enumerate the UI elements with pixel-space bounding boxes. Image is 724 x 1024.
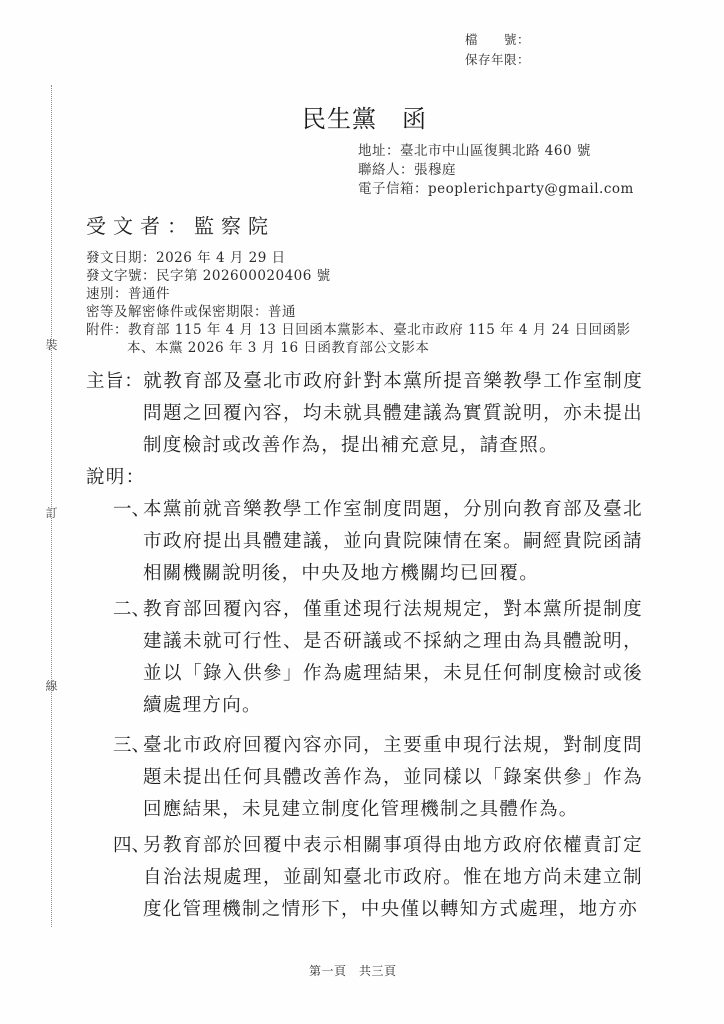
explanation-item-4: 四、 另教育部於回覆中表示相關事項得由地方政府依權責訂定自治法規處理，並副知臺北…	[86, 830, 643, 926]
meta-security-class: 密等及解密條件或保密期限：普通	[86, 303, 638, 321]
file-number-block: 檔 號： 保存年限：	[465, 30, 530, 70]
explanation-item-1: 一、 本黨前就音樂教學工作室制度問題，分別向教育部及臺北市政府提出具體建議，並向…	[86, 494, 643, 590]
item-number: 三、	[113, 730, 150, 762]
attachment-label: 附件：	[86, 322, 128, 338]
subject-text: 就教育部及臺北市政府針對本黨所提音樂教學工作室制度問題之回覆內容，均未就具體建議…	[143, 371, 643, 456]
document-body: 主旨：就教育部及臺北市政府針對本黨所提音樂教學工作室制度問題之回覆內容，均未就具…	[86, 366, 643, 926]
binding-mark-ding: 訂	[44, 506, 59, 520]
item-text: 臺北市政府回覆內容亦同，主要重申現行法規，對制度問題未提出任何具體改善作為，並同…	[143, 735, 643, 820]
page-footer: 第一頁 共三頁	[309, 962, 397, 979]
explanation-label: 說明：	[86, 462, 586, 494]
document-page: 裝 訂 線 檔 號： 保存年限： 民生黨 函 地址：臺北市中山區復興北路 460…	[0, 0, 724, 1024]
binding-mark-xian: 線	[44, 679, 59, 693]
explanation-item-2: 二、 教育部回覆內容，僅重述現行法規規定，對本黨所提制度建議未就可行性、是否研議…	[86, 594, 643, 722]
item-text: 教育部回覆內容，僅重述現行法規規定，對本黨所提制度建議未就可行性、是否研議或不採…	[143, 599, 643, 716]
binding-mark-zhuang: 裝	[44, 338, 59, 352]
sender-info-block: 地址：臺北市中山區復興北路 460 號 聯絡人：張穆庭 電子信箱：peopler…	[358, 142, 634, 199]
explanation-item-3: 三、 臺北市政府回覆內容亦同，主要重申現行法規，對制度問題未提出任何具體改善作為…	[86, 730, 643, 826]
item-number: 二、	[113, 594, 150, 626]
document-title: 民生黨 函	[302, 99, 427, 134]
item-number: 一、	[113, 494, 150, 526]
sender-contact: 聯絡人：張穆庭	[358, 161, 634, 180]
subject-label: 主旨：	[86, 371, 143, 392]
sender-address: 地址：臺北市中山區復興北路 460 號	[358, 142, 634, 161]
meta-doc-number: 發文字號：民字第 202600020406 號	[86, 267, 638, 285]
recipient-line: 受文者：監察院	[86, 210, 275, 239]
item-text: 另教育部於回覆中表示相關事項得由地方政府依權責訂定自治法規處理，並副知臺北市政府…	[143, 835, 643, 920]
subject-section: 主旨：就教育部及臺北市政府針對本黨所提音樂教學工作室制度問題之回覆內容，均未就具…	[86, 366, 643, 462]
meta-issue-date: 發文日期：2026 年 4 月 29 日	[86, 249, 638, 267]
attachment-text: 教育部 115 年 4 月 13 日回函本黨影本、臺北市政府 115 年 4 月…	[127, 322, 631, 356]
item-text: 本黨前就音樂教學工作室制度問題，分別向教育部及臺北市政府提出具體建議，並向貴院陳…	[143, 499, 643, 584]
meta-speed-class: 速別：普通件	[86, 285, 638, 303]
retention-period-label: 保存年限：	[465, 50, 530, 70]
item-number: 四、	[113, 830, 150, 862]
file-number-label: 檔 號：	[465, 30, 530, 50]
sender-email: 電子信箱：peoplerichparty@gmail.com	[358, 180, 634, 199]
metadata-block: 發文日期：2026 年 4 月 29 日 發文字號：民字第 2026000204…	[86, 249, 638, 357]
meta-attachments: 附件：教育部 115 年 4 月 13 日回函本黨影本、臺北市政府 115 年 …	[86, 321, 638, 357]
